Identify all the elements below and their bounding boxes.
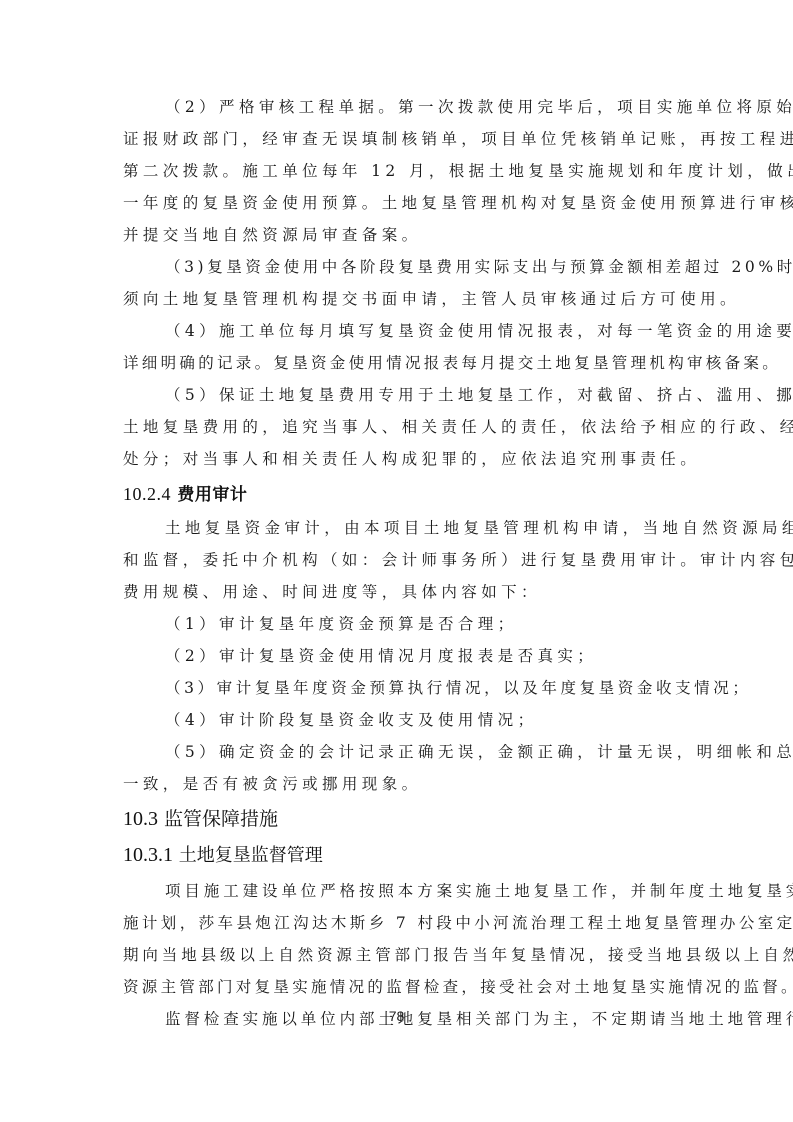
audit-item: （5）确定资金的会计记录正确无误，金额正确，计量无误，明细帐和总帐: [123, 736, 671, 768]
para-2-line: （2）严格审核工程单据。第一次拨款使用完毕后，项目实施单位将原始凭: [123, 91, 671, 123]
section-heading-10-2-4: 10.2.4 费用审计: [123, 479, 671, 510]
section-number: 10.2.4: [123, 484, 171, 504]
audit-item: （4）审计阶段复垦资金收支及使用情况；: [123, 704, 671, 736]
document-page: （2）严格审核工程单据。第一次拨款使用完毕后，项目实施单位将原始凭 证报财政部门…: [0, 0, 793, 1122]
para-5-line: 土地复垦费用的，追究当事人、相关责任人的责任，依法给予相应的行政、经济: [123, 411, 671, 443]
supervision-line: 期向当地县级以上自然资源主管部门报告当年复垦情况，接受当地县级以上自然: [123, 939, 671, 971]
section-title: 监管保障措施: [164, 808, 278, 830]
page-content: （2）严格审核工程单据。第一次拨款使用完毕后，项目实施单位将原始凭 证报财政部门…: [123, 91, 671, 1035]
para-5-line: （5）保证土地复垦费用专用于土地复垦工作，对截留、挤占、滥用、挪用: [123, 379, 671, 411]
para-2-line: 并提交当地自然资源局审查备案。: [123, 219, 671, 251]
para-4-line: 详细明确的记录。复垦资金使用情况报表每月提交土地复垦管理机构审核备案。: [123, 347, 671, 379]
section-heading-10-3: 10.3 监管保障措施: [123, 802, 671, 836]
para-3-line: 须向土地复垦管理机构提交书面申请，主管人员审核通过后方可使用。: [123, 283, 671, 315]
para-2-line: 证报财政部门，经审查无误填制核销单，项目单位凭核销单记账，再按工程进度: [123, 123, 671, 155]
page-number: 78: [0, 1008, 793, 1024]
para-5-line: 处分；对当事人和相关责任人构成犯罪的，应依法追究刑事责任。: [123, 443, 671, 475]
audit-item: （2）审计复垦资金使用情况月度报表是否真实；: [123, 640, 671, 672]
para-2-line: 一年度的复垦资金使用预算。土地复垦管理机构对复垦资金使用预算进行审核，: [123, 187, 671, 219]
section-number: 10.3: [123, 808, 158, 830]
audit-item: （3）审计复垦年度资金预算执行情况，以及年度复垦资金收支情况；: [123, 672, 671, 704]
audit-intro-line: 和监督，委托中介机构（如：会计师事务所）进行复垦费用审计。审计内容包括: [123, 544, 671, 576]
audit-item: 一致，是否有被贪污或挪用现象。: [123, 768, 671, 800]
supervision-line: 施计划，莎车县炮江沟达木斯乡 7 村段中小河流治理工程土地复垦管理办公室定: [123, 907, 671, 939]
section-number: 10.3.1: [123, 844, 173, 866]
supervision-line: 项目施工建设单位严格按照本方案实施土地复垦工作，并制年度土地复垦实: [123, 875, 671, 907]
section-title: 土地复垦监督管理: [179, 845, 323, 866]
audit-intro-line: 费用规模、用途、时间进度等，具体内容如下：: [123, 576, 671, 608]
section-heading-10-3-1: 10.3.1 土地复垦监督管理: [123, 838, 671, 873]
audit-intro-line: 土地复垦资金审计，由本项目土地复垦管理机构申请，当地自然资源局组织: [123, 512, 671, 544]
para-2-line: 第二次拨款。施工单位每年 12 月，根据土地复垦实施规划和年度计划，做出下: [123, 155, 671, 187]
para-4-line: （4）施工单位每月填写复垦资金使用情况报表，对每一笔资金的用途要有: [123, 315, 671, 347]
supervision-line: 资源主管部门对复垦实施情况的监督检查，接受社会对土地复垦实施情况的监督。: [123, 971, 671, 1003]
section-title: 费用审计: [177, 485, 247, 505]
audit-item: （1）审计复垦年度资金预算是否合理；: [123, 608, 671, 640]
para-3-line: （3)复垦资金使用中各阶段复垦费用实际支出与预算金额相差超过 20%时，: [123, 251, 671, 283]
